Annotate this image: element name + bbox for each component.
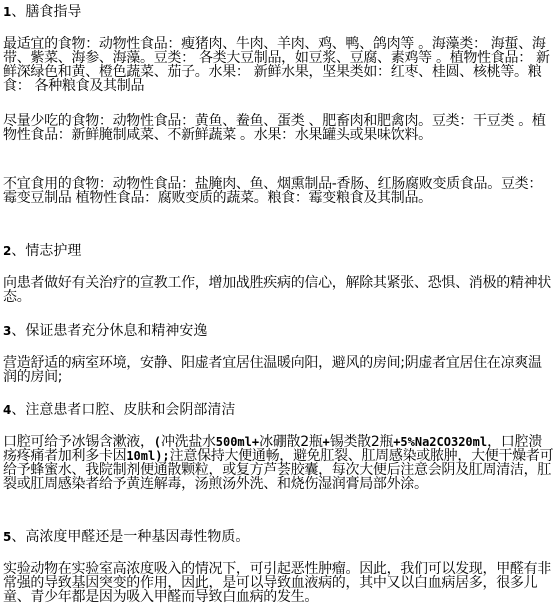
paragraph-suitable-foods: 最适宜的食物：动物性食品：瘦猪肉、牛肉、羊肉、鸡、鸭、鸽肉等 。海藻类： 海蜇、… bbox=[3, 37, 555, 93]
section-separator: 、 bbox=[11, 4, 25, 20]
section-separator: 、 bbox=[11, 402, 25, 418]
section-heading-3: 3、保证患者充分休息和精神安逸 bbox=[3, 323, 207, 339]
section-separator: 、 bbox=[11, 529, 25, 545]
section-heading-4: 4、注意患者口腔、皮肤和会阴部清洁 bbox=[3, 402, 235, 418]
section-title: 高浓度甲醛还是一种基因毒性物质。 bbox=[25, 529, 249, 545]
section-separator: 、 bbox=[11, 243, 25, 259]
section-heading-1: 1、膳食指导 bbox=[3, 4, 81, 20]
text-run: 10ml); bbox=[126, 449, 169, 463]
paragraph-emotional-care: 向患者做好有关治疗的宣教工作，增加战胜疾病的信心，解除其紧张、恐惧、消极的精神状… bbox=[3, 276, 555, 304]
text-run: + bbox=[323, 435, 330, 449]
section-title: 膳食指导 bbox=[25, 4, 81, 20]
section-heading-2: 2、情志护理 bbox=[3, 243, 81, 259]
paragraph-avoid-foods: 不宜食用的食物：动物性食品：盐腌肉、鱼、烟熏制品-香肠、红肠腐败变质食品。豆类：… bbox=[3, 177, 555, 205]
text-run: 500ml+ bbox=[216, 435, 259, 449]
section-title: 保证患者充分休息和精神安逸 bbox=[25, 323, 207, 339]
paragraph-hygiene-care: 口腔可给予冰锡含漱液，(冲洗盐水500ml+冰硼散2瓶+锡类散2瓶+5%Na2C… bbox=[3, 435, 555, 491]
text-run: ( bbox=[154, 435, 161, 449]
text-run: +5%Na2CO320ml bbox=[393, 435, 487, 449]
section-title: 注意患者口腔、皮肤和会阴部清洁 bbox=[25, 402, 235, 418]
paragraph-rest-environment: 营造舒适的病室环境，安静、阳虚者宜居住温暖向阳，避风的房间;阴虚者宜居住在凉爽温… bbox=[3, 356, 555, 384]
section-heading-5: 5、高浓度甲醛还是一种基因毒性物质。 bbox=[3, 529, 249, 545]
paragraph-limit-foods: 尽量少吃的食物：动物性食品：黄鱼、鲞鱼、蛋类 、肥畜肉和肥禽肉。豆类：干豆类 。… bbox=[3, 114, 555, 142]
section-title: 情志护理 bbox=[25, 243, 81, 259]
section-separator: 、 bbox=[11, 323, 25, 339]
paragraph-formaldehyde: 实验动物在实验室高浓度吸入的情况下，可引起恶性肿瘤。因此，我们可以发现，甲醛有非… bbox=[3, 562, 555, 604]
